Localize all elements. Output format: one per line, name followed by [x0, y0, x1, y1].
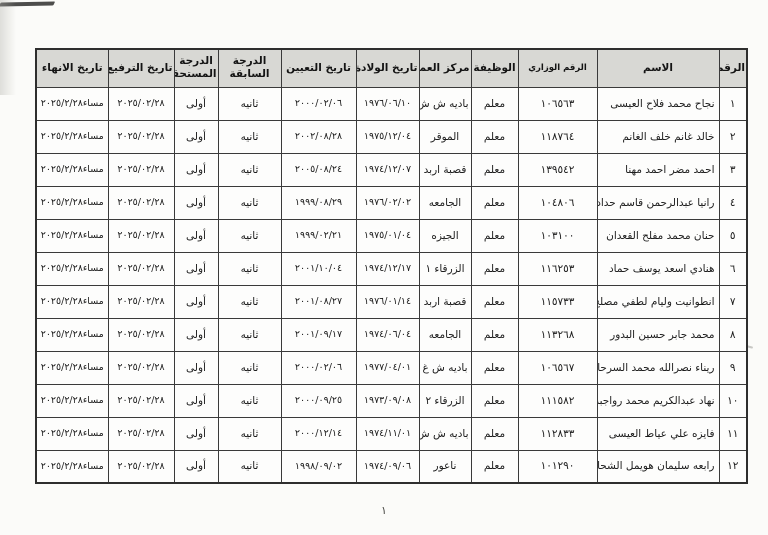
col-header-job: الوظيفة [471, 49, 518, 87]
table-row: ١ نجاح محمد فلاح العيسى ١٠٦٥٦٣ معلم بادي… [36, 87, 747, 120]
cell-entitled-grade: أولى [174, 153, 218, 186]
table-row: ٢ خالد غانم خلف الغانم ١١٨٧٦٤ معلم الموق… [36, 120, 747, 153]
cell-row-number: ٩ [719, 351, 747, 384]
cell-end-date: مساء٢٠٢٥/٢/٢٨ [36, 252, 108, 285]
cell-ministry-number: ١١٣٢٦٨ [518, 318, 597, 351]
cell-previous-grade: ثانيه [218, 318, 281, 351]
cell-row-number: ٣ [719, 153, 747, 186]
cell-work-center: باديه ش ش [419, 417, 471, 450]
cell-previous-grade: ثانيه [218, 252, 281, 285]
cell-promotion-date: ٢٠٢٥/٠٢/٢٨ [108, 417, 174, 450]
table-body: ١ نجاح محمد فلاح العيسى ١٠٦٥٦٣ معلم بادي… [36, 87, 747, 483]
cell-birth-date: ١٩٧٧/٠٤/٠١ [356, 351, 419, 384]
promotions-table-container: الرقم الاسم الرقم الوزاري الوظيفة مركز ا… [35, 48, 746, 481]
cell-end-date: مساء٢٠٢٥/٢/٢٨ [36, 318, 108, 351]
cell-work-center: الجامعه [419, 186, 471, 219]
cell-entitled-grade: أولى [174, 318, 218, 351]
cell-birth-date: ١٩٧٥/١٢/٠٤ [356, 120, 419, 153]
cell-birth-date: ١٩٧٤/١٢/٠٧ [356, 153, 419, 186]
cell-promotion-date: ٢٠٢٥/٠٢/٢٨ [108, 219, 174, 252]
cell-previous-grade: ثانيه [218, 120, 281, 153]
cell-birth-date: ١٩٧٥/٠١/٠٤ [356, 219, 419, 252]
cell-work-center: باديه ش ش [419, 87, 471, 120]
cell-row-number: ١١ [719, 417, 747, 450]
cell-row-number: ١٠ [719, 384, 747, 417]
cell-work-center: باديه ش غ [419, 351, 471, 384]
cell-job: معلم [471, 417, 518, 450]
cell-previous-grade: ثانيه [218, 351, 281, 384]
promotions-table: الرقم الاسم الرقم الوزاري الوظيفة مركز ا… [35, 48, 748, 484]
cell-end-date: مساء٢٠٢٥/٢/٢٨ [36, 285, 108, 318]
cell-job: معلم [471, 219, 518, 252]
cell-birth-date: ١٩٧٦/٠٢/٠٢ [356, 186, 419, 219]
cell-promotion-date: ٢٠٢٥/٠٢/٢٨ [108, 153, 174, 186]
table-row: ١٢ رابعه سليمان هويمل الشحاده ١٠١٢٩٠ معل… [36, 450, 747, 483]
cell-appointment-date: ١٩٩٩/٠٨/٢٩ [281, 186, 356, 219]
col-header-entitled-grade: الدرجة المستحقة [174, 49, 218, 87]
cell-birth-date: ١٩٧٦/٠٦/١٠ [356, 87, 419, 120]
scanned-page: { "page": { "page_number": "١" }, "color… [0, 0, 768, 535]
cell-birth-date: ١٩٧٤/٠٩/٠٦ [356, 450, 419, 483]
cell-row-number: ١ [719, 87, 747, 120]
table-row: ٧ انطوانيت وليام لطفي مصلح ١١٥٧٣٣ معلم ق… [36, 285, 747, 318]
cell-previous-grade: ثانيه [218, 219, 281, 252]
table-row: ١١ فايزه علي عياط العيسى ١١٢٨٣٣ معلم باد… [36, 417, 747, 450]
cell-end-date: مساء٢٠٢٥/٢/٢٨ [36, 186, 108, 219]
cell-ministry-number: ١١١٥٨٢ [518, 384, 597, 417]
table-row: ٦ هنادي اسعد يوسف حماد ١١٦٢٥٣ معلم الزرق… [36, 252, 747, 285]
cell-job: معلم [471, 351, 518, 384]
cell-name: هنادي اسعد يوسف حماد [597, 252, 719, 285]
table-row: ١٠ نهاد عبدالكريم محمد رواجبه ١١١٥٨٢ معل… [36, 384, 747, 417]
cell-appointment-date: ٢٠٠٥/٠٨/٢٤ [281, 153, 356, 186]
cell-entitled-grade: أولى [174, 120, 218, 153]
cell-job: معلم [471, 120, 518, 153]
cell-appointment-date: ٢٠٠١/٠٩/١٧ [281, 318, 356, 351]
cell-job: معلم [471, 450, 518, 483]
cell-work-center: قصبة اربد [419, 153, 471, 186]
cell-ministry-number: ١١٦٢٥٣ [518, 252, 597, 285]
cell-previous-grade: ثانيه [218, 153, 281, 186]
cell-entitled-grade: أولى [174, 87, 218, 120]
cell-entitled-grade: أولى [174, 252, 218, 285]
cell-ministry-number: ١١٥٧٣٣ [518, 285, 597, 318]
cell-job: معلم [471, 252, 518, 285]
cell-entitled-grade: أولى [174, 219, 218, 252]
cell-name: رانيا عبدالرحمن قاسم حداد [597, 186, 719, 219]
cell-name: ريناء نصرالله محمد السرحان [597, 351, 719, 384]
cell-name: احمد مضر احمد مهنا [597, 153, 719, 186]
cell-work-center: قصبة اربد [419, 285, 471, 318]
cell-ministry-number: ١١٨٧٦٤ [518, 120, 597, 153]
cell-row-number: ٨ [719, 318, 747, 351]
col-header-end-date: تاريخ الانهاء [36, 49, 108, 87]
cell-work-center: الموقر [419, 120, 471, 153]
cell-appointment-date: ٢٠٠١/١٠/٠٤ [281, 252, 356, 285]
cell-end-date: مساء٢٠٢٥/٢/٢٨ [36, 450, 108, 483]
cell-ministry-number: ١٠٣١٠٠ [518, 219, 597, 252]
cell-name: محمد جابر حسين البدور [597, 318, 719, 351]
cell-end-date: مساء٢٠٢٥/٢/٢٨ [36, 417, 108, 450]
header-row: الرقم الاسم الرقم الوزاري الوظيفة مركز ا… [36, 49, 747, 87]
cell-birth-date: ١٩٧٤/١٢/١٧ [356, 252, 419, 285]
cell-promotion-date: ٢٠٢٥/٠٢/٢٨ [108, 318, 174, 351]
cell-job: معلم [471, 153, 518, 186]
cell-promotion-date: ٢٠٢٥/٠٢/٢٨ [108, 384, 174, 417]
cell-entitled-grade: أولى [174, 285, 218, 318]
table-row: ٤ رانيا عبدالرحمن قاسم حداد ١٠٤٨٠٦ معلم … [36, 186, 747, 219]
cell-work-center: ناعور [419, 450, 471, 483]
cell-promotion-date: ٢٠٢٥/٠٢/٢٨ [108, 285, 174, 318]
cell-name: نهاد عبدالكريم محمد رواجبه [597, 384, 719, 417]
cell-row-number: ٢ [719, 120, 747, 153]
cell-end-date: مساء٢٠٢٥/٢/٢٨ [36, 219, 108, 252]
table-row: ٥ حنان محمد مفلح القعدان ١٠٣١٠٠ معلم الج… [36, 219, 747, 252]
cell-job: معلم [471, 318, 518, 351]
cell-end-date: مساء٢٠٢٥/٢/٢٨ [36, 153, 108, 186]
cell-promotion-date: ٢٠٢٥/٠٢/٢٨ [108, 351, 174, 384]
cell-name: رابعه سليمان هويمل الشحاده [597, 450, 719, 483]
col-header-ministry-number: الرقم الوزاري [518, 49, 597, 87]
cell-appointment-date: ١٩٩٨/٠٩/٠٢ [281, 450, 356, 483]
page-number: ١ [381, 504, 387, 517]
col-header-previous-grade: الدرجة السابقة [218, 49, 281, 87]
cell-work-center: الزرقاء ١ [419, 252, 471, 285]
cell-ministry-number: ١١٢٨٣٣ [518, 417, 597, 450]
cell-job: معلم [471, 384, 518, 417]
cell-end-date: مساء٢٠٢٥/٢/٢٨ [36, 120, 108, 153]
table-row: ٩ ريناء نصرالله محمد السرحان ١٠٦٥٦٧ معلم… [36, 351, 747, 384]
cell-ministry-number: ١٠٤٨٠٦ [518, 186, 597, 219]
cell-entitled-grade: أولى [174, 384, 218, 417]
cell-appointment-date: ٢٠٠٠/٠٢/٠٦ [281, 351, 356, 384]
cell-previous-grade: ثانيه [218, 384, 281, 417]
cell-row-number: ٤ [719, 186, 747, 219]
cell-previous-grade: ثانيه [218, 417, 281, 450]
cell-name: نجاح محمد فلاح العيسى [597, 87, 719, 120]
cell-promotion-date: ٢٠٢٥/٠٢/٢٨ [108, 450, 174, 483]
cell-ministry-number: ١٠٦٥٦٣ [518, 87, 597, 120]
col-header-birth-date: تاريخ الولادة [356, 49, 419, 87]
cell-name: حنان محمد مفلح القعدان [597, 219, 719, 252]
cell-job: معلم [471, 186, 518, 219]
cell-row-number: ٧ [719, 285, 747, 318]
cell-work-center: الجامعه [419, 318, 471, 351]
col-header-promotion-date: تاريخ الترفيع [108, 49, 174, 87]
cell-promotion-date: ٢٠٢٥/٠٢/٢٨ [108, 120, 174, 153]
cell-birth-date: ١٩٧٤/١١/٠١ [356, 417, 419, 450]
cell-job: معلم [471, 285, 518, 318]
cell-name: فايزه علي عياط العيسى [597, 417, 719, 450]
scan-artifact-left-shade [0, 0, 16, 95]
cell-ministry-number: ١٠١٢٩٠ [518, 450, 597, 483]
cell-previous-grade: ثانيه [218, 186, 281, 219]
col-header-appointment-date: تاريخ التعيين [281, 49, 356, 87]
cell-ministry-number: ١٣٩٥٤٢ [518, 153, 597, 186]
cell-job: معلم [471, 87, 518, 120]
cell-work-center: الجيزه [419, 219, 471, 252]
cell-birth-date: ١٩٧٣/٠٩/٠٨ [356, 384, 419, 417]
cell-previous-grade: ثانيه [218, 87, 281, 120]
cell-row-number: ٥ [719, 219, 747, 252]
col-header-name: الاسم [597, 49, 719, 87]
cell-end-date: مساء٢٠٢٥/٢/٢٨ [36, 384, 108, 417]
table-row: ٣ احمد مضر احمد مهنا ١٣٩٥٤٢ معلم قصبة ار… [36, 153, 747, 186]
cell-appointment-date: ٢٠٠٠/٠٢/٠٦ [281, 87, 356, 120]
cell-work-center: الزرقاء ٢ [419, 384, 471, 417]
col-header-number: الرقم [719, 49, 747, 87]
cell-birth-date: ١٩٧٤/٠٦/٠٤ [356, 318, 419, 351]
cell-appointment-date: ١٩٩٩/٠٢/٢١ [281, 219, 356, 252]
cell-end-date: مساء٢٠٢٥/٢/٢٨ [36, 351, 108, 384]
cell-promotion-date: ٢٠٢٥/٠٢/٢٨ [108, 186, 174, 219]
cell-entitled-grade: أولى [174, 186, 218, 219]
cell-previous-grade: ثانيه [218, 450, 281, 483]
cell-appointment-date: ٢٠٠٢/٠٨/٢٨ [281, 120, 356, 153]
cell-appointment-date: ٢٠٠٠/٠٩/٢٥ [281, 384, 356, 417]
cell-name: انطوانيت وليام لطفي مصلح [597, 285, 719, 318]
table-row: ٨ محمد جابر حسين البدور ١١٣٢٦٨ معلم الجا… [36, 318, 747, 351]
cell-birth-date: ١٩٧٦/٠١/١٤ [356, 285, 419, 318]
cell-previous-grade: ثانيه [218, 285, 281, 318]
cell-entitled-grade: أولى [174, 450, 218, 483]
cell-promotion-date: ٢٠٢٥/٠٢/٢٨ [108, 252, 174, 285]
cell-name: خالد غانم خلف الغانم [597, 120, 719, 153]
cell-appointment-date: ٢٠٠٠/١٢/١٤ [281, 417, 356, 450]
cell-appointment-date: ٢٠٠١/٠٨/٢٧ [281, 285, 356, 318]
cell-promotion-date: ٢٠٢٥/٠٢/٢٨ [108, 87, 174, 120]
col-header-work-center: مركز العمل [419, 49, 471, 87]
cell-entitled-grade: أولى [174, 351, 218, 384]
cell-row-number: ٦ [719, 252, 747, 285]
cell-end-date: مساء٢٠٢٥/٢/٢٨ [36, 87, 108, 120]
cell-ministry-number: ١٠٦٥٦٧ [518, 351, 597, 384]
cell-row-number: ١٢ [719, 450, 747, 483]
cell-entitled-grade: أولى [174, 417, 218, 450]
